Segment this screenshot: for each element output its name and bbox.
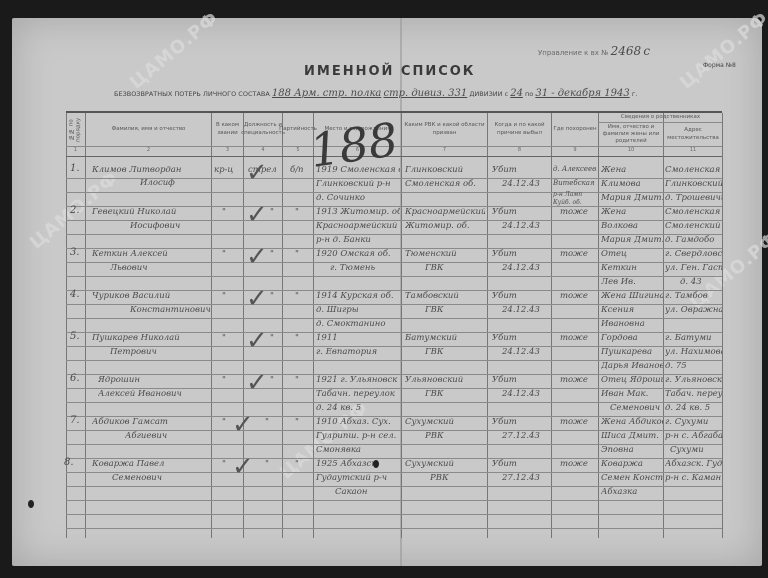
burial: тоже	[560, 207, 588, 217]
address: р-н с. Каман	[665, 473, 722, 483]
birth-line: 1910 Абхаз. Сух.	[316, 417, 400, 427]
kin: Коваржа	[601, 459, 663, 469]
rank: "	[222, 375, 226, 385]
column-divider	[401, 113, 402, 538]
punch-hole	[373, 460, 379, 468]
surname-name: Кеткин Алексей	[92, 249, 168, 259]
kin: Иван Мак.	[601, 389, 663, 399]
rank: "	[222, 207, 226, 217]
column-number: 2	[86, 147, 211, 155]
row-number: 6.	[70, 373, 80, 384]
kin: Абхазка	[601, 487, 663, 497]
kin: Ксения	[601, 305, 663, 315]
row-number: 3.	[70, 247, 80, 258]
address: г. Свердловск	[665, 249, 722, 259]
row-rule	[66, 514, 722, 515]
column-number: 10	[599, 147, 663, 155]
birth-line: Гулрипш. р-н сел.	[316, 431, 400, 441]
kin: Дарья Ивановна	[601, 361, 663, 371]
party: "	[295, 249, 299, 259]
birth-line: Табачн. переулок	[316, 389, 400, 399]
kin: Лев Ив.	[601, 277, 663, 287]
position: "	[270, 249, 274, 259]
party: б/п	[290, 165, 304, 175]
rvk-line: Смоленская об.	[405, 179, 485, 189]
column-number: 5	[283, 147, 313, 155]
party: "	[295, 417, 299, 427]
rvk-line: Красноармейский	[405, 207, 485, 217]
address: р-н с. Абгаба	[665, 431, 722, 441]
row-number: 4.	[70, 289, 80, 300]
burial: р-н Ламп	[553, 191, 597, 198]
status: Убит	[492, 417, 517, 427]
stamp-label: Управление к вх №	[538, 49, 608, 57]
punch-hole	[28, 500, 34, 508]
kin: Пушкарева	[601, 347, 663, 357]
surname-name: Пушкарев Николай	[92, 333, 180, 343]
column-number: 7	[402, 147, 487, 155]
address: Смоленская обл.	[665, 165, 722, 175]
header-subrule	[598, 122, 722, 123]
patronymic: Алексей Иванович	[98, 389, 182, 399]
row-number: 1.	[70, 163, 80, 174]
address: г. Сухуми	[665, 417, 722, 427]
position: "	[265, 417, 269, 427]
birth-line: 1913 Житомир. об.	[316, 207, 400, 217]
column-number: 8	[488, 147, 551, 155]
row-number: 5.	[70, 331, 80, 342]
header-kin-name: Имя, отчество и фамилия жены или родител…	[599, 122, 663, 147]
header-rank: В каком звании	[212, 113, 243, 146]
patronymic: Илосиф	[140, 178, 175, 188]
address: д. Гамдобо	[665, 235, 722, 245]
surname-name: Коваржа Павел	[92, 459, 164, 469]
birth-line: 1920 Омская об.	[316, 249, 400, 259]
birth-line: Смонявка	[316, 445, 400, 455]
birth-line: 1921 г. Ульяновск	[316, 375, 400, 385]
surname-name: Абдиков Гамсат	[92, 417, 168, 427]
patronymic: Абгиевич	[125, 431, 167, 441]
document-title: ИМЕННОЙ СПИСОК	[304, 64, 475, 79]
stamp-suffix: с	[643, 44, 650, 58]
address: ул. Ген. Гастелло	[665, 263, 722, 273]
column-divider	[66, 113, 67, 538]
burial: тоже	[560, 249, 588, 259]
date: 24.12.43	[502, 179, 540, 189]
rank: "	[222, 417, 226, 427]
subtitle-to: по	[525, 90, 533, 98]
rvk-line: Сухумский	[405, 459, 485, 469]
party: "	[295, 333, 299, 343]
column-divider	[663, 113, 664, 538]
header-kin-group: Сведения о родственниках	[599, 113, 722, 122]
surname-name: Гевецкий Николай	[92, 207, 176, 217]
check-mark-icon: ✓	[246, 242, 268, 272]
date: 24.12.43	[502, 263, 540, 273]
rvk-line: Ульяновский	[405, 375, 485, 385]
surname-name: Чуриков Василий	[92, 291, 170, 301]
header-row-number: №№ по порядку	[66, 113, 85, 146]
date: 24.12.43	[502, 347, 540, 357]
birth-line: Глинковский р-н	[316, 179, 400, 189]
date: 24.12.43	[502, 389, 540, 399]
birth-line: Сакаон	[335, 487, 400, 497]
address: г. Батуми	[665, 333, 722, 343]
kin: Отец	[601, 249, 663, 259]
kin: Мария Дмит.	[601, 235, 663, 245]
party: "	[295, 375, 299, 385]
address: Смоленский р-н	[665, 221, 722, 231]
burial: тоже	[560, 459, 588, 469]
date: 27.12.43	[502, 431, 540, 441]
status: Убит	[492, 333, 517, 343]
kin: Жена Шигина	[601, 291, 663, 301]
birth-line: г. Тюмень	[330, 263, 400, 273]
subtitle-division: ДИВИЗИИ с	[469, 90, 508, 98]
column-number: 3	[212, 147, 243, 155]
rank: кр-ц	[214, 165, 233, 175]
kin: Эповна	[601, 445, 663, 455]
row-number: 7.	[70, 415, 80, 426]
column-number: 9	[552, 147, 598, 155]
rvk-line: ГВК	[425, 263, 485, 273]
birth-line: Красноармейский	[316, 221, 400, 231]
kin: Семен Конст.	[601, 473, 663, 483]
burial: тоже	[560, 291, 588, 301]
address: д. 43	[680, 277, 722, 287]
patronymic: Львович	[110, 263, 148, 273]
row-number: 2.	[70, 205, 80, 216]
column-divider	[211, 113, 212, 538]
column-divider	[598, 113, 599, 538]
header-when-why: Когда и по какой причине выбыл	[488, 113, 551, 146]
birth-line: р-н д. Банки	[316, 235, 400, 245]
position: "	[270, 207, 274, 217]
column-divider	[282, 113, 283, 538]
kin: Шиса Дмит.	[601, 431, 663, 441]
kin: Отец Ядрошин	[601, 375, 663, 385]
check-mark-icon: ✓	[246, 284, 268, 314]
rvk-line: Сухумский	[405, 417, 485, 427]
form-number: Форма №8	[703, 62, 736, 69]
address: д. 24 кв. 5	[665, 403, 722, 413]
address: Табач. переулок	[665, 389, 722, 399]
date: 24.12.43	[502, 221, 540, 231]
address: ул. Нахимова	[665, 347, 722, 357]
check-mark-icon: ✓	[232, 452, 254, 482]
status: Убит	[492, 291, 517, 301]
check-mark-icon: ✓	[232, 410, 254, 440]
burial: Витебская	[553, 179, 597, 187]
party: "	[295, 459, 299, 469]
kin: Семенович	[610, 403, 663, 413]
status: Убит	[492, 207, 517, 217]
party: "	[295, 291, 299, 301]
row-rule	[66, 528, 722, 529]
surname-name: Климов Литвордан	[92, 165, 181, 175]
address: г. Тамбов	[665, 291, 722, 301]
check-mark-icon: ✓	[246, 326, 268, 356]
burial: тоже	[560, 417, 588, 427]
column-divider	[85, 113, 86, 538]
row-number: 8.	[64, 457, 74, 468]
kin: Гордова	[601, 333, 663, 343]
kin: Жена Абдикова	[601, 417, 663, 427]
rvk-line: РВК	[430, 473, 485, 483]
address: г. Ульяновск	[665, 375, 722, 385]
date-from-field: 24	[510, 88, 523, 99]
rvk-line: РВК	[425, 431, 485, 441]
date: 24.12.43	[502, 305, 540, 315]
birth-line: г. Евпатория	[316, 347, 400, 357]
status: Убит	[492, 165, 517, 175]
subtitle-prefix: БЕЗВОЗВРАТНЫХ ПОТЕРЬ ЛИЧНОГО СОСТАВА	[114, 90, 270, 98]
birth-line: 1919 Смоленская об.	[316, 165, 400, 175]
column-number: 4	[244, 147, 282, 155]
date-to-field: 31 - декабря 1943	[535, 88, 629, 99]
birth-line: 1925 Абхазск.	[316, 459, 400, 469]
column-number: 11	[664, 147, 722, 155]
check-mark-icon: ✓	[246, 158, 268, 188]
address: Сухуми	[670, 445, 722, 455]
birth-line: д. 24 кв. 5	[316, 403, 400, 413]
kin: Кеткин	[601, 263, 663, 273]
rank: "	[222, 249, 226, 259]
birth-line: д. Шигры	[316, 305, 400, 315]
column-divider	[487, 113, 488, 538]
rvk-line: Глинковский	[405, 165, 485, 175]
birth-line: 1911	[316, 333, 400, 343]
document-subtitle: БЕЗВОЗВРАТНЫХ ПОТЕРЬ ЛИЧНОГО СОСТАВА 188…	[114, 88, 637, 99]
rvk-line: Тамбовский	[405, 291, 485, 301]
position: "	[270, 291, 274, 301]
burial: д. Алексеевка	[553, 165, 597, 173]
patronymic: Константинович	[130, 305, 211, 315]
address: д. Трошевичи	[665, 193, 722, 203]
party: "	[295, 207, 299, 217]
rank: "	[222, 291, 226, 301]
address: Смоленская об.	[665, 207, 722, 217]
birth-line: д. Сочинко	[316, 193, 400, 203]
division-field: стр. дивиз. 331	[383, 88, 467, 99]
stamp-number: 2468	[611, 44, 642, 58]
burial: тоже	[560, 375, 588, 385]
surname-name: Ядрошин	[98, 375, 140, 385]
patronymic: Семенович	[112, 473, 162, 483]
position: "	[270, 333, 274, 343]
rank: "	[222, 333, 226, 343]
rvk-line: ГВК	[425, 347, 485, 357]
column-divider	[722, 113, 723, 538]
header-rvk: Каким РВК и какой области призван	[402, 113, 487, 146]
rvk-line: ГВК	[425, 389, 485, 399]
check-mark-icon: ✓	[246, 200, 268, 230]
status: Убит	[492, 249, 517, 259]
unit-field: 188 Арм. стр. полка	[272, 88, 382, 99]
address: д. 75	[665, 361, 722, 371]
patronymic: Петрович	[110, 347, 157, 357]
kin: Волкова	[601, 221, 663, 231]
column-divider	[551, 113, 552, 538]
kin: Мария Дмит.	[601, 193, 663, 203]
patronymic: Иосифович	[130, 221, 180, 231]
kin: Жена	[601, 207, 663, 217]
address: Глинковский р-н	[665, 179, 722, 189]
kin: Климова	[601, 179, 663, 189]
rank: "	[222, 459, 226, 469]
address: ул. Овражная	[665, 305, 722, 315]
row-rule	[66, 500, 722, 501]
column-number: 1	[66, 147, 85, 155]
registry-stamp: Управление к вх № 2468 с	[538, 44, 650, 58]
rvk-line: ГВК	[425, 305, 485, 315]
header-buried: Где похоронен	[552, 113, 598, 146]
birth-line: 1914 Курская об.	[316, 291, 400, 301]
header-position: Должность и специальность	[244, 113, 282, 146]
birth-line: Гудаутский р-ч	[316, 473, 400, 483]
kin: Жена	[601, 165, 663, 175]
check-mark-icon: ✓	[246, 368, 268, 398]
status: Убит	[492, 375, 517, 385]
header-full-name: Фамилия, имя и отчество	[86, 113, 211, 146]
birth-line: д. Смоктанино	[316, 319, 400, 329]
rvk-line: Батумский	[405, 333, 485, 343]
subtitle-end: г.	[632, 90, 637, 98]
date: 27.12.43	[502, 473, 540, 483]
position: "	[265, 459, 269, 469]
kin: Ивановна	[601, 319, 663, 329]
header-address: Адрес местожительства	[664, 122, 722, 147]
position: "	[270, 375, 274, 385]
rvk-line: Житомир. об.	[405, 221, 485, 231]
burial: тоже	[560, 333, 588, 343]
address: Абхазск. Гудаутск.	[665, 459, 722, 469]
rvk-line: Тюменский	[405, 249, 485, 259]
status: Убит	[492, 459, 517, 469]
burial: Куйб. об.	[553, 199, 597, 206]
